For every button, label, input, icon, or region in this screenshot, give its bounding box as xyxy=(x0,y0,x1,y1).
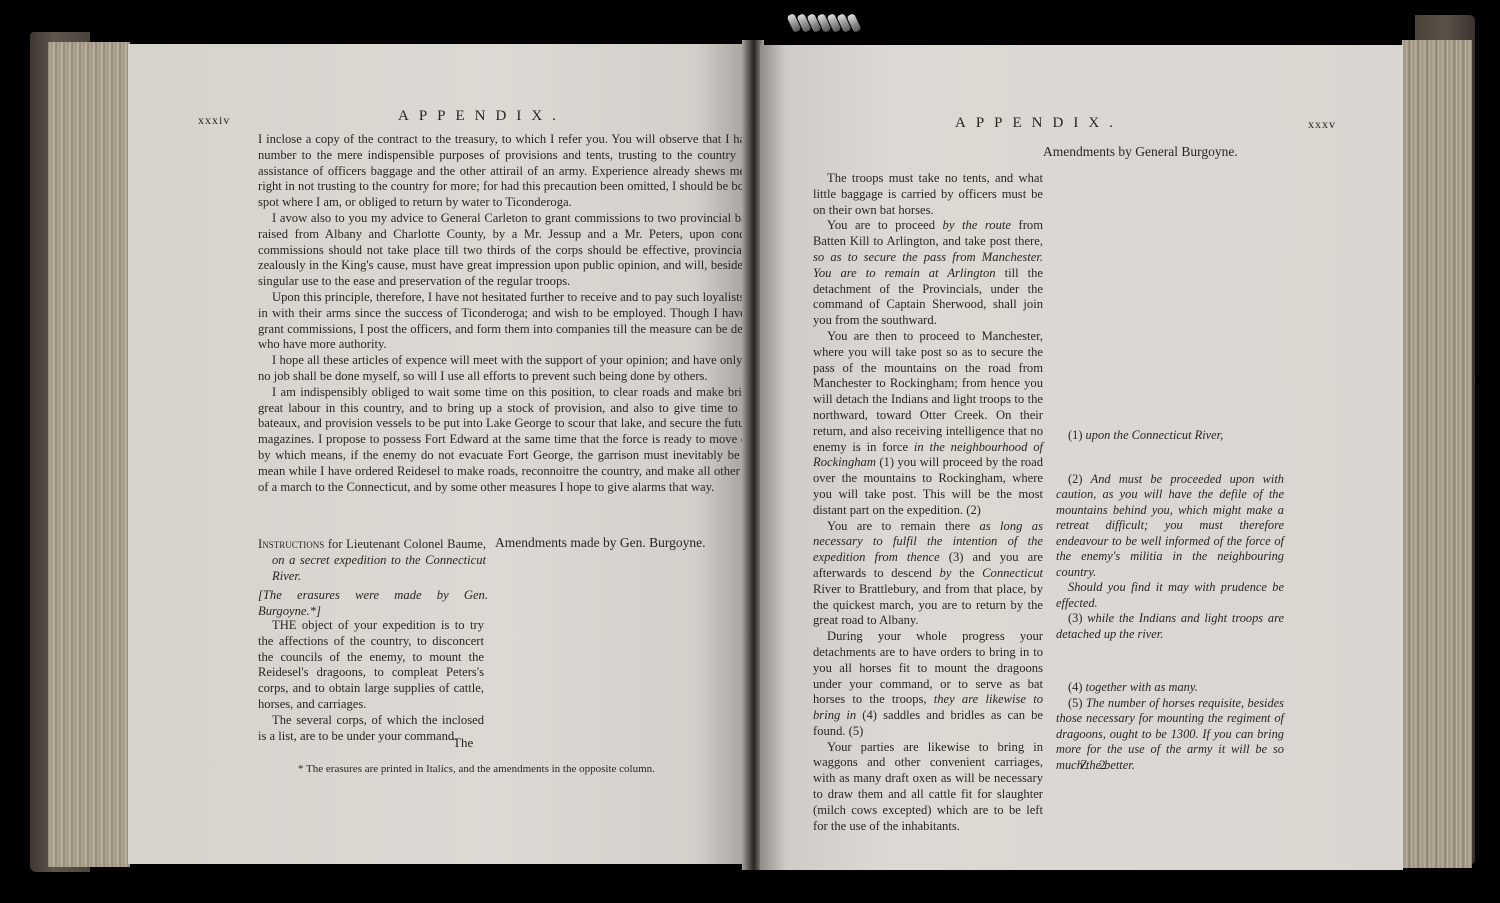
right-page: APPENDIX. xxxv Amendments by General Bur… xyxy=(760,45,1403,870)
note-number: (1) xyxy=(1068,428,1086,442)
note-number: (2) xyxy=(1068,472,1091,486)
note-number: (5) xyxy=(1068,696,1086,710)
amendments-column-heading: Amendments by General Burgoyne. xyxy=(1043,144,1238,160)
note-number: (4) xyxy=(1068,680,1086,694)
amendments-column: (1) upon the Connecticut River,(2) And m… xyxy=(1056,428,1284,773)
footnote: * The erasures are printed in Italics, a… xyxy=(298,763,655,775)
instructions-body: The troops must take no tents, and what … xyxy=(813,171,1043,834)
paragraph: I am indispensibly obliged to wait some … xyxy=(258,385,816,496)
erasure-note: [The erasures were made by Gen. Burgoyne… xyxy=(258,588,488,620)
paragraph: Upon this principle, therefore, I have n… xyxy=(258,290,816,353)
amendments-column-heading: Amendments made by Gen. Burgoyne. xyxy=(495,535,705,551)
paragraph: The several corps, of which the inclosed… xyxy=(258,713,484,745)
page-number: xxxv xyxy=(1308,117,1336,132)
amendment-note: (1) upon the Connecticut River, xyxy=(1056,428,1284,444)
instructions-heading: Instructions for Lieutenant Colonel Baum… xyxy=(258,537,486,584)
left-page: xxxiv APPENDIX. I inclose a copy of the … xyxy=(128,44,745,864)
heading-smallcaps: Instructions xyxy=(258,537,324,551)
paragraph: During your whole progress your detachme… xyxy=(813,629,1043,740)
page-number: xxxiv xyxy=(198,113,230,128)
paragraph: You are to remain there as long as neces… xyxy=(813,519,1043,630)
amendment-note: (4) together with as many. xyxy=(1056,680,1284,696)
page-edges-right xyxy=(1402,40,1472,868)
running-head: APPENDIX. xyxy=(398,108,566,125)
paragraph: I hope all these articles of expence wil… xyxy=(258,353,816,385)
signature-mark: Z 2 xyxy=(1080,757,1110,773)
paragraph: I inclose a copy of the contract to the … xyxy=(258,132,816,211)
amendment-note: (2) And must be proceeded upon with caut… xyxy=(1056,472,1284,581)
letter-body: I inclose a copy of the contract to the … xyxy=(258,132,816,495)
catchword: The xyxy=(453,735,473,751)
amendment-note: Should you find it may with prudence be … xyxy=(1056,580,1284,611)
note-number: (3) xyxy=(1068,611,1087,625)
instructions-body: THE object of your expedition is to try … xyxy=(258,618,484,744)
paragraph: I avow also to you my advice to General … xyxy=(258,211,816,290)
paragraph: You are then to proceed to Manchester, w… xyxy=(813,329,1043,519)
paragraph: THE object of your expedition is to try … xyxy=(258,618,484,713)
paragraph: You are to proceed by the route from Bat… xyxy=(813,218,1043,329)
running-head: APPENDIX. xyxy=(955,115,1123,132)
page-edges-left xyxy=(48,42,130,867)
paragraph: Your parties are likewise to bring in wa… xyxy=(813,740,1043,835)
paragraph: The troops must take no tents, and what … xyxy=(813,171,1043,218)
amendment-note: (3) while the Indians and light troops a… xyxy=(1056,611,1284,642)
